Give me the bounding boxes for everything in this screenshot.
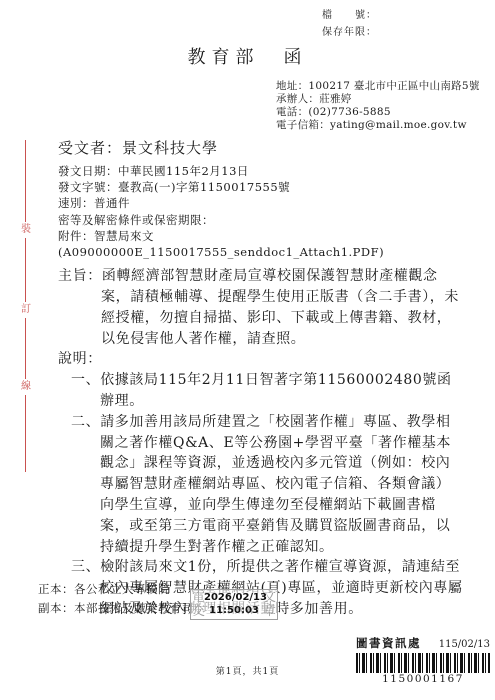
letter-meta-block: 發文日期：中華民國115年2月13日 發文字號：臺教高(一)字第11500175… [58,163,464,260]
document-title: 教育部 函 [0,43,495,69]
priority-line: 速別：普通件 [58,195,464,211]
binding-mark-xian: 線 [20,379,32,395]
library-stamp-date: 115/02/13 [439,639,490,650]
attachment-line: 附件：智慧局來文 (A09000000E_1150017555_senddoc1… [58,228,464,260]
classification-line: 密等及解密條件或保密期限： [58,212,464,228]
item-text: 依據該局115年2月11日智著字第11560002480號函辦理。 [100,372,452,409]
recipient-line: 受文者：景文科技大學 [58,137,464,158]
stamp-datetime: 2026/02/13 11:50:03 [204,592,264,617]
subject-paragraph: 主旨：函轉經濟部智慧財產局宣導校園保護智慧財產權觀念案，請積極輔導、提醒學生使用… [58,266,464,349]
binding-mark-zhuang: 裝 [20,222,32,238]
stamp-time: 11:50:03 [204,605,264,618]
cc-copy-line: 副本：本部技術及職業教育司 [38,599,194,618]
library-receipt-stamp: 圖書資訊處 115/02/13 1150001167 [356,635,490,685]
issue-number-line: 發文字號：臺教高(一)字第1150017555號 [58,179,464,195]
electronic-exchange-stamp: 電 文 交 章 2026/02/13 11:50:03 [190,589,278,620]
item-marker: 一、 [71,372,100,388]
subject-label: 主旨： [58,268,102,284]
barcode-number: 1150001167 [356,673,490,685]
contact-email: 電子信箱：yating@mail.moe.gov.tw [276,119,480,132]
item-marker: 二、 [71,414,100,430]
subject-text: 函轉經濟部智慧財產局宣導校園保護智慧財產權觀念案，請積極輔導、提醒學生使用正版書… [101,268,459,346]
library-office-name: 圖書資訊處 [356,635,421,651]
explanation-item-2: 二、請多加善用該局所建置之「校園著作權」專區、教學相關之著作權Q&A、E等公務園… [71,412,464,558]
barcode [356,653,490,673]
item-marker: 三、 [71,559,100,575]
copies-block: 正本：各公私立大專校院 副本：本部技術及職業教育司 [38,580,194,617]
stamp-date: 2026/02/13 [204,592,264,605]
letter-body: 受文者：景文科技大學 發文日期：中華民國115年2月13日 發文字號：臺教高(一… [58,137,464,620]
stamp-char-zhang: 章 [263,605,276,618]
filing-block: 檔 號： 保存年限： [322,7,377,41]
contact-person: 承辦人：莊雅婷 [276,93,480,106]
original-copy-line: 正本：各公私立大專校院 [38,580,194,599]
explanation-item-1: 一、依據該局115年2月11日智著字第11560002480號函辦理。 [71,370,464,412]
explanation-label: 說明： [58,349,464,370]
official-letter-page: 檔 號： 保存年限： 教育部 函 地址：100217 臺北市中正區中山南路5號 … [0,0,495,700]
binding-mark-ding: 訂 [20,302,32,318]
item-text: 請多加善用該局所建置之「校園著作權」專區、教學相關之著作權Q&A、E等公務園+學… [100,414,451,555]
agency-contact-block: 地址：100217 臺北市中正區中山南路5號 承辦人：莊雅婷 電話：(02)77… [276,80,480,132]
retention-period-label: 保存年限： [322,24,377,41]
file-number-label: 檔 號： [322,7,377,24]
contact-phone: 電話：(02)7736-5885 [276,106,480,119]
library-stamp-header: 圖書資訊處 115/02/13 [356,635,490,651]
agency-address: 地址：100217 臺北市中正區中山南路5號 [276,80,480,93]
issue-date-line: 發文日期：中華民國115年2月13日 [58,163,464,179]
